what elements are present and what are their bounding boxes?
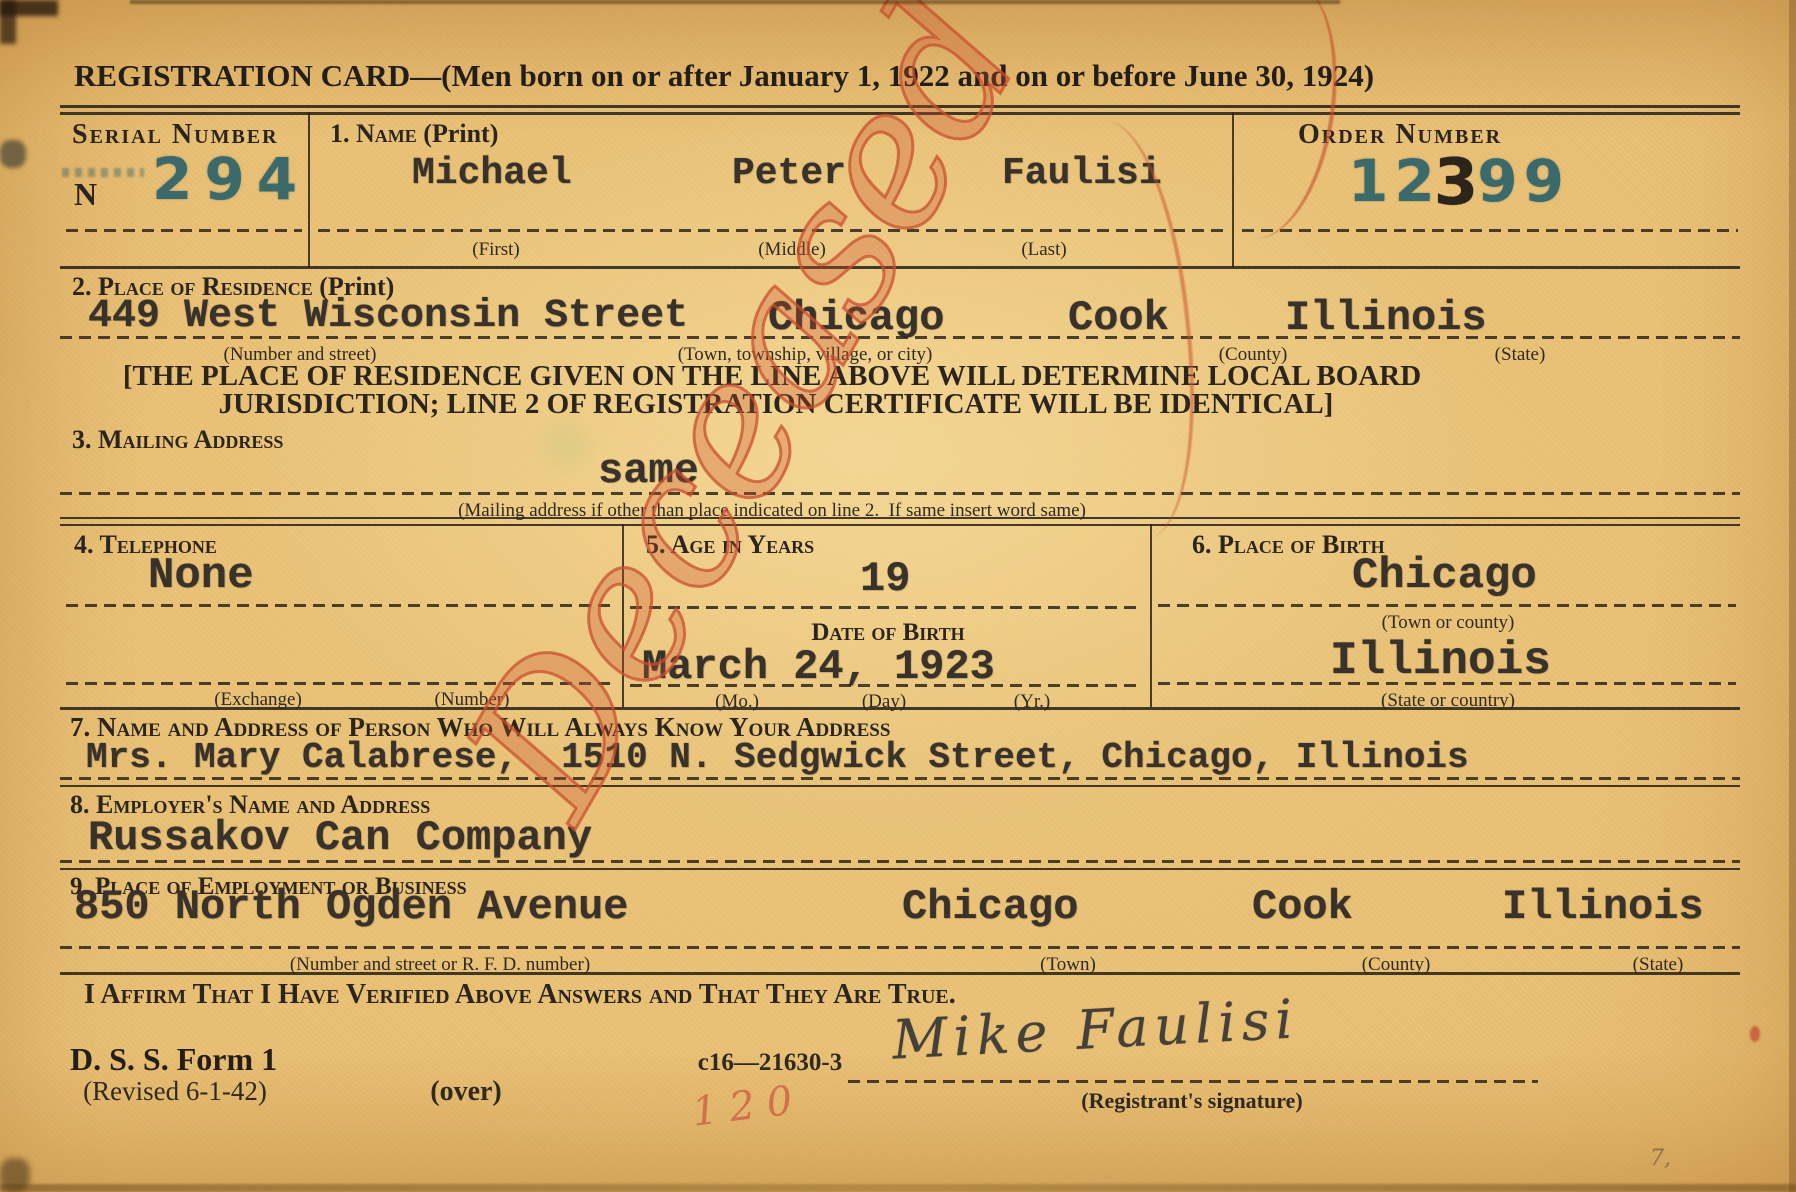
scan-edge-right — [1789, 0, 1796, 1192]
employer-dashed-line — [60, 860, 1740, 863]
employer-bottom-rule — [60, 868, 1740, 870]
name-last-value: Faulisi — [1002, 155, 1162, 193]
scan-smudge-left — [0, 140, 26, 168]
name-first-value: Michael — [412, 155, 572, 193]
signature-sub-label: (Registrant's signature) — [1081, 1090, 1302, 1112]
divider-name-order — [1232, 112, 1234, 267]
order-number-stamp: 12399 — [1348, 148, 1570, 212]
contact-value: Mrs. Mary Calabrese, 1510 N. Sedgwick St… — [86, 740, 1469, 776]
name-sub-last: (Last) — [1021, 240, 1066, 259]
birth-dashed-line-2 — [1158, 682, 1736, 685]
row4-bottom-rule — [60, 707, 1740, 710]
serial-number-prefix: N — [74, 178, 97, 210]
employment-county-value: Cook — [1252, 886, 1353, 928]
serial-dashed-line — [66, 229, 302, 232]
scan-smudge-topleft-2 — [0, 0, 16, 44]
card-title: REGISTRATION CARD—(Men born on or after … — [74, 60, 1374, 91]
age-value: 19 — [860, 558, 910, 600]
birth-sub-town: (Town or county) — [1382, 613, 1515, 632]
employment-dashed-line — [60, 946, 1740, 949]
form-revision: (Revised 6-1-42) — [83, 1078, 267, 1105]
scan-edge-top — [130, 0, 1340, 4]
residence-county-value: Cook — [1068, 297, 1169, 339]
contact-bottom-rule — [60, 785, 1740, 787]
order-dashed-line — [1242, 229, 1738, 232]
order-number-label: Order Number — [1298, 121, 1502, 149]
pencil-corner-mark: 7, — [1650, 1148, 1671, 1170]
birth-state-value: Illinois — [1330, 638, 1551, 684]
mailing-label: 3. Mailing Address — [72, 427, 283, 453]
affirmation-text: I Affirm That I Have Verified Above Answ… — [84, 981, 956, 1009]
employment-town-value: Chicago — [902, 886, 1078, 928]
dob-label: Date of Birth — [811, 620, 964, 645]
scan-edge-bottom — [0, 1184, 1796, 1192]
residence-street-value: 449 West Wisconsin Street — [88, 297, 688, 337]
mailing-bottom-rule-1 — [60, 517, 1740, 519]
employer-value: Russakov Can Company — [88, 817, 592, 859]
employment-bottom-rule — [60, 972, 1740, 975]
signature-line — [848, 1080, 1538, 1083]
birth-town-value: Chicago — [1352, 554, 1537, 598]
scan-smudge-bottomleft — [0, 1158, 30, 1192]
contact-dashed-line — [60, 777, 1740, 780]
employment-state-value: Illinois — [1502, 886, 1704, 928]
scan-smudge-topleft — [0, 0, 58, 16]
birth-dashed-line-1 — [1158, 604, 1736, 607]
residence-state-value: Illinois — [1285, 297, 1487, 339]
order-overwritten-digit: 3 — [1434, 151, 1485, 215]
red-number-annotation: 120 — [690, 1079, 806, 1132]
name-label: 1. Name (Print) — [330, 121, 498, 147]
divider-age-birth — [1150, 524, 1152, 707]
registration-card: REGISTRATION CARD—(Men born on or after … — [0, 0, 1796, 1192]
name-sub-first: (First) — [472, 240, 520, 259]
mailing-dashed-line — [60, 492, 1740, 495]
form-number: D. S. S. Form 1 — [70, 1043, 277, 1075]
employment-street-value: 850 North Ogden Avenue — [74, 886, 629, 928]
red-dot-mark — [1750, 1026, 1760, 1042]
residence-sub-state: (State) — [1495, 345, 1546, 364]
print-code: c16—21630-3 — [698, 1050, 842, 1075]
mailing-bottom-rule-2 — [60, 524, 1740, 526]
telephone-value: None — [148, 554, 254, 598]
serial-number-stamp: 294 — [152, 150, 309, 208]
over-note: (over) — [430, 1078, 502, 1106]
